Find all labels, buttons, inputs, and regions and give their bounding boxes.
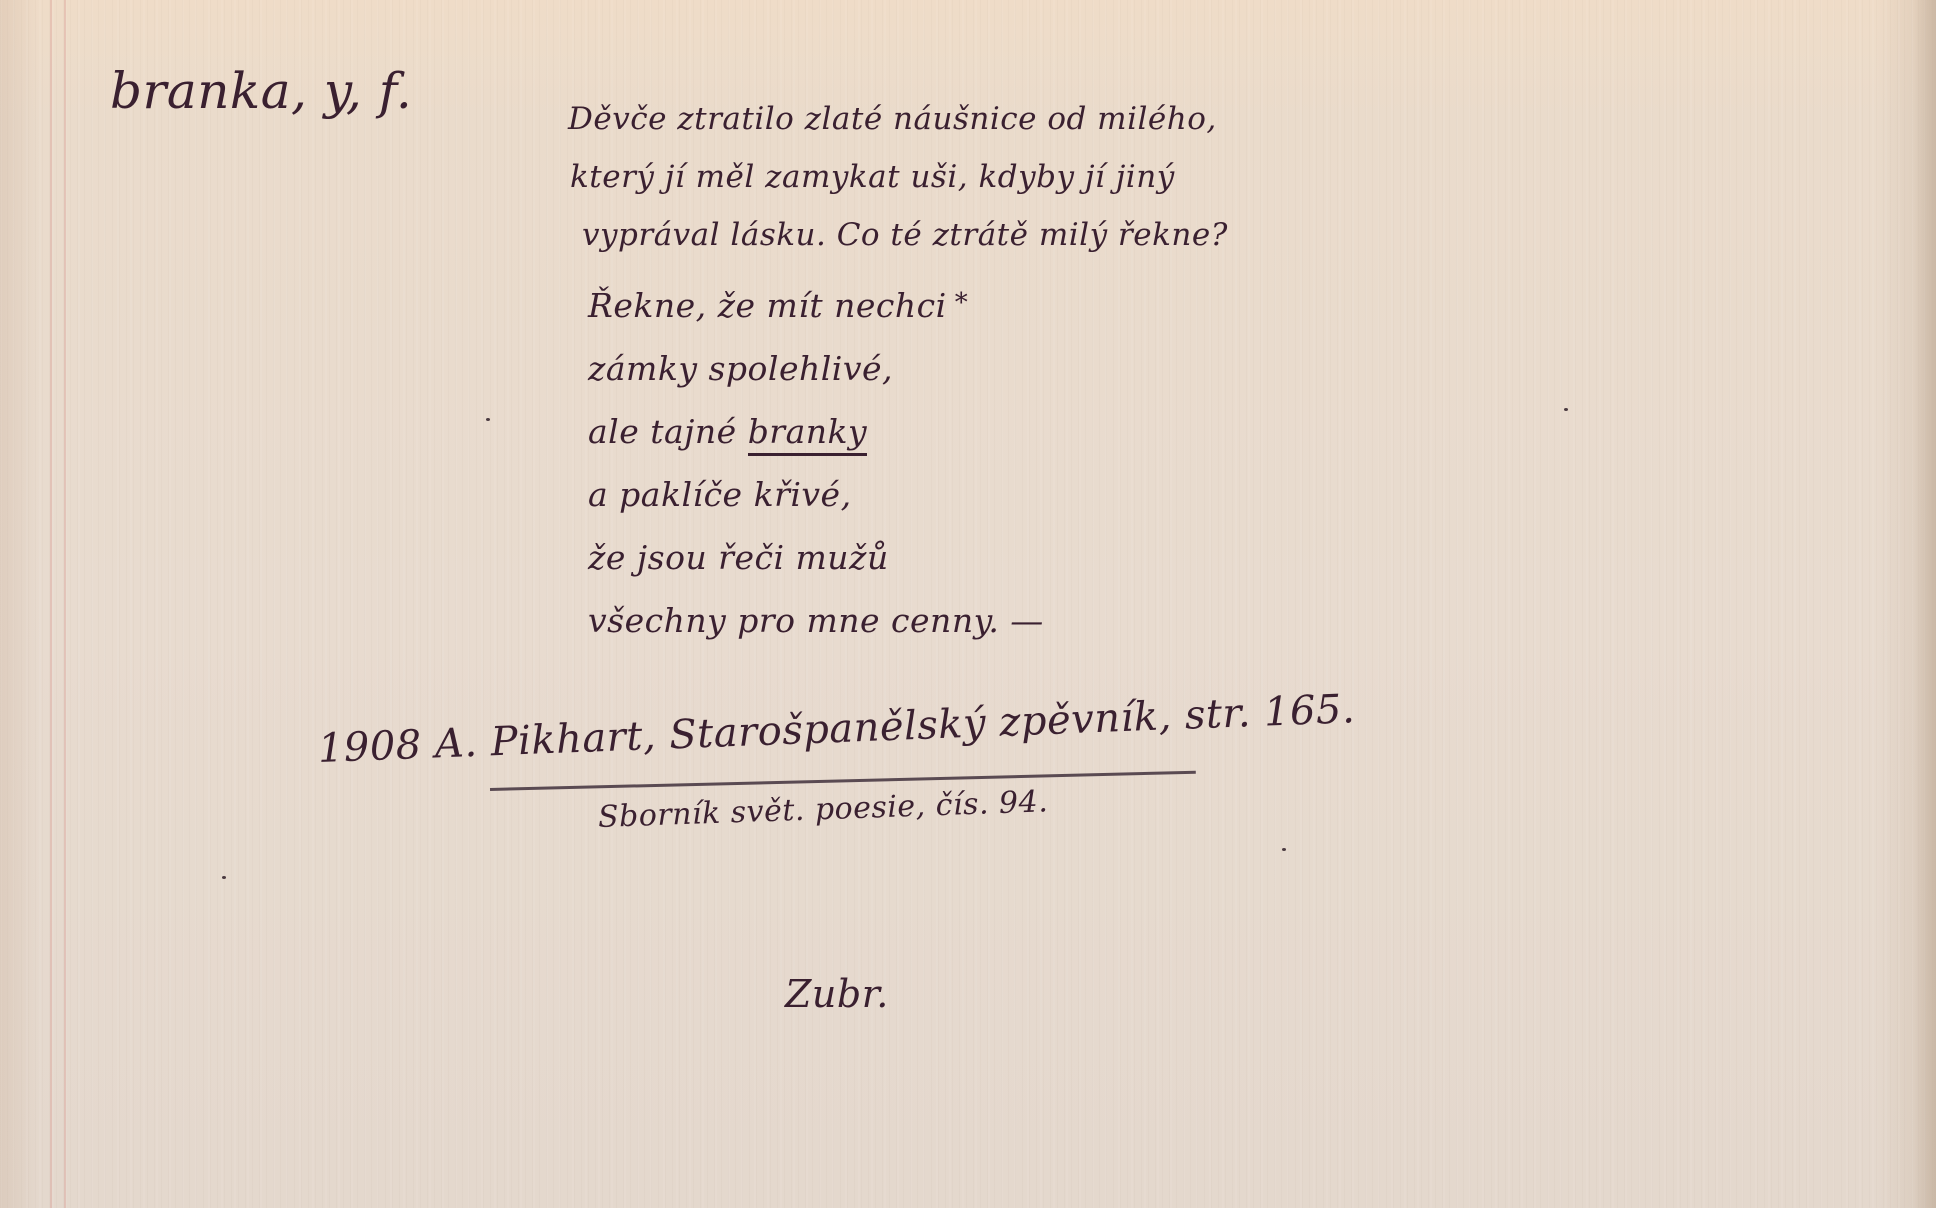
ink-speck: [1564, 408, 1568, 411]
prose-line: vyprával lásku. Co té ztrátě milý řekne?: [582, 206, 1228, 264]
ink-speck: [486, 418, 490, 421]
quoted-verse: Řekne, že mít nechci* zámky spolehlivé, …: [588, 272, 1044, 652]
verse-line-text: Řekne, že mít nechci: [588, 286, 947, 325]
verse-line: a paklíče křivé,: [588, 463, 1044, 526]
ink-speck: [222, 876, 226, 879]
excerptor-signature: Zubr.: [785, 972, 889, 1016]
verse-line: že jsou řeči mužů: [588, 526, 1044, 589]
margin-rule-line: [50, 0, 52, 1208]
citation-underline: [490, 771, 1196, 791]
verse-line: Řekne, že mít nechci*: [588, 272, 1044, 337]
card-edge-shadow: [1914, 0, 1936, 1208]
asterisk-marker: *: [955, 288, 969, 318]
verse-line: ale tajné branky: [588, 400, 1044, 463]
source-citation: 1908 A. Pikhart, Staroš­panělský zpěvník…: [317, 686, 1356, 772]
prose-line: který jí měl zamykat uši, kdyby jí jiný: [570, 148, 1228, 206]
ink-speck: [1282, 848, 1286, 851]
prose-line: Děvče ztratilo zlaté náušnice od milého,: [568, 90, 1228, 148]
headword: branka, y, f.: [110, 62, 412, 120]
margin-rule-line: [64, 0, 66, 1208]
verse-line: zámky spolehlivé,: [588, 337, 1044, 400]
context-prose: Děvče ztratilo zlaté náušnice od milého,…: [568, 90, 1228, 264]
verse-line-text: ale tajné: [588, 412, 748, 451]
verse-line: všechny pro mne cenny. —: [588, 589, 1044, 652]
series-citation: Sborník svět. poesie, čís. 94.: [597, 784, 1048, 835]
underlined-headword-occurrence: branky: [748, 412, 867, 456]
index-card: branka, y, f. Děvče ztratilo zlaté náušn…: [0, 0, 1936, 1208]
